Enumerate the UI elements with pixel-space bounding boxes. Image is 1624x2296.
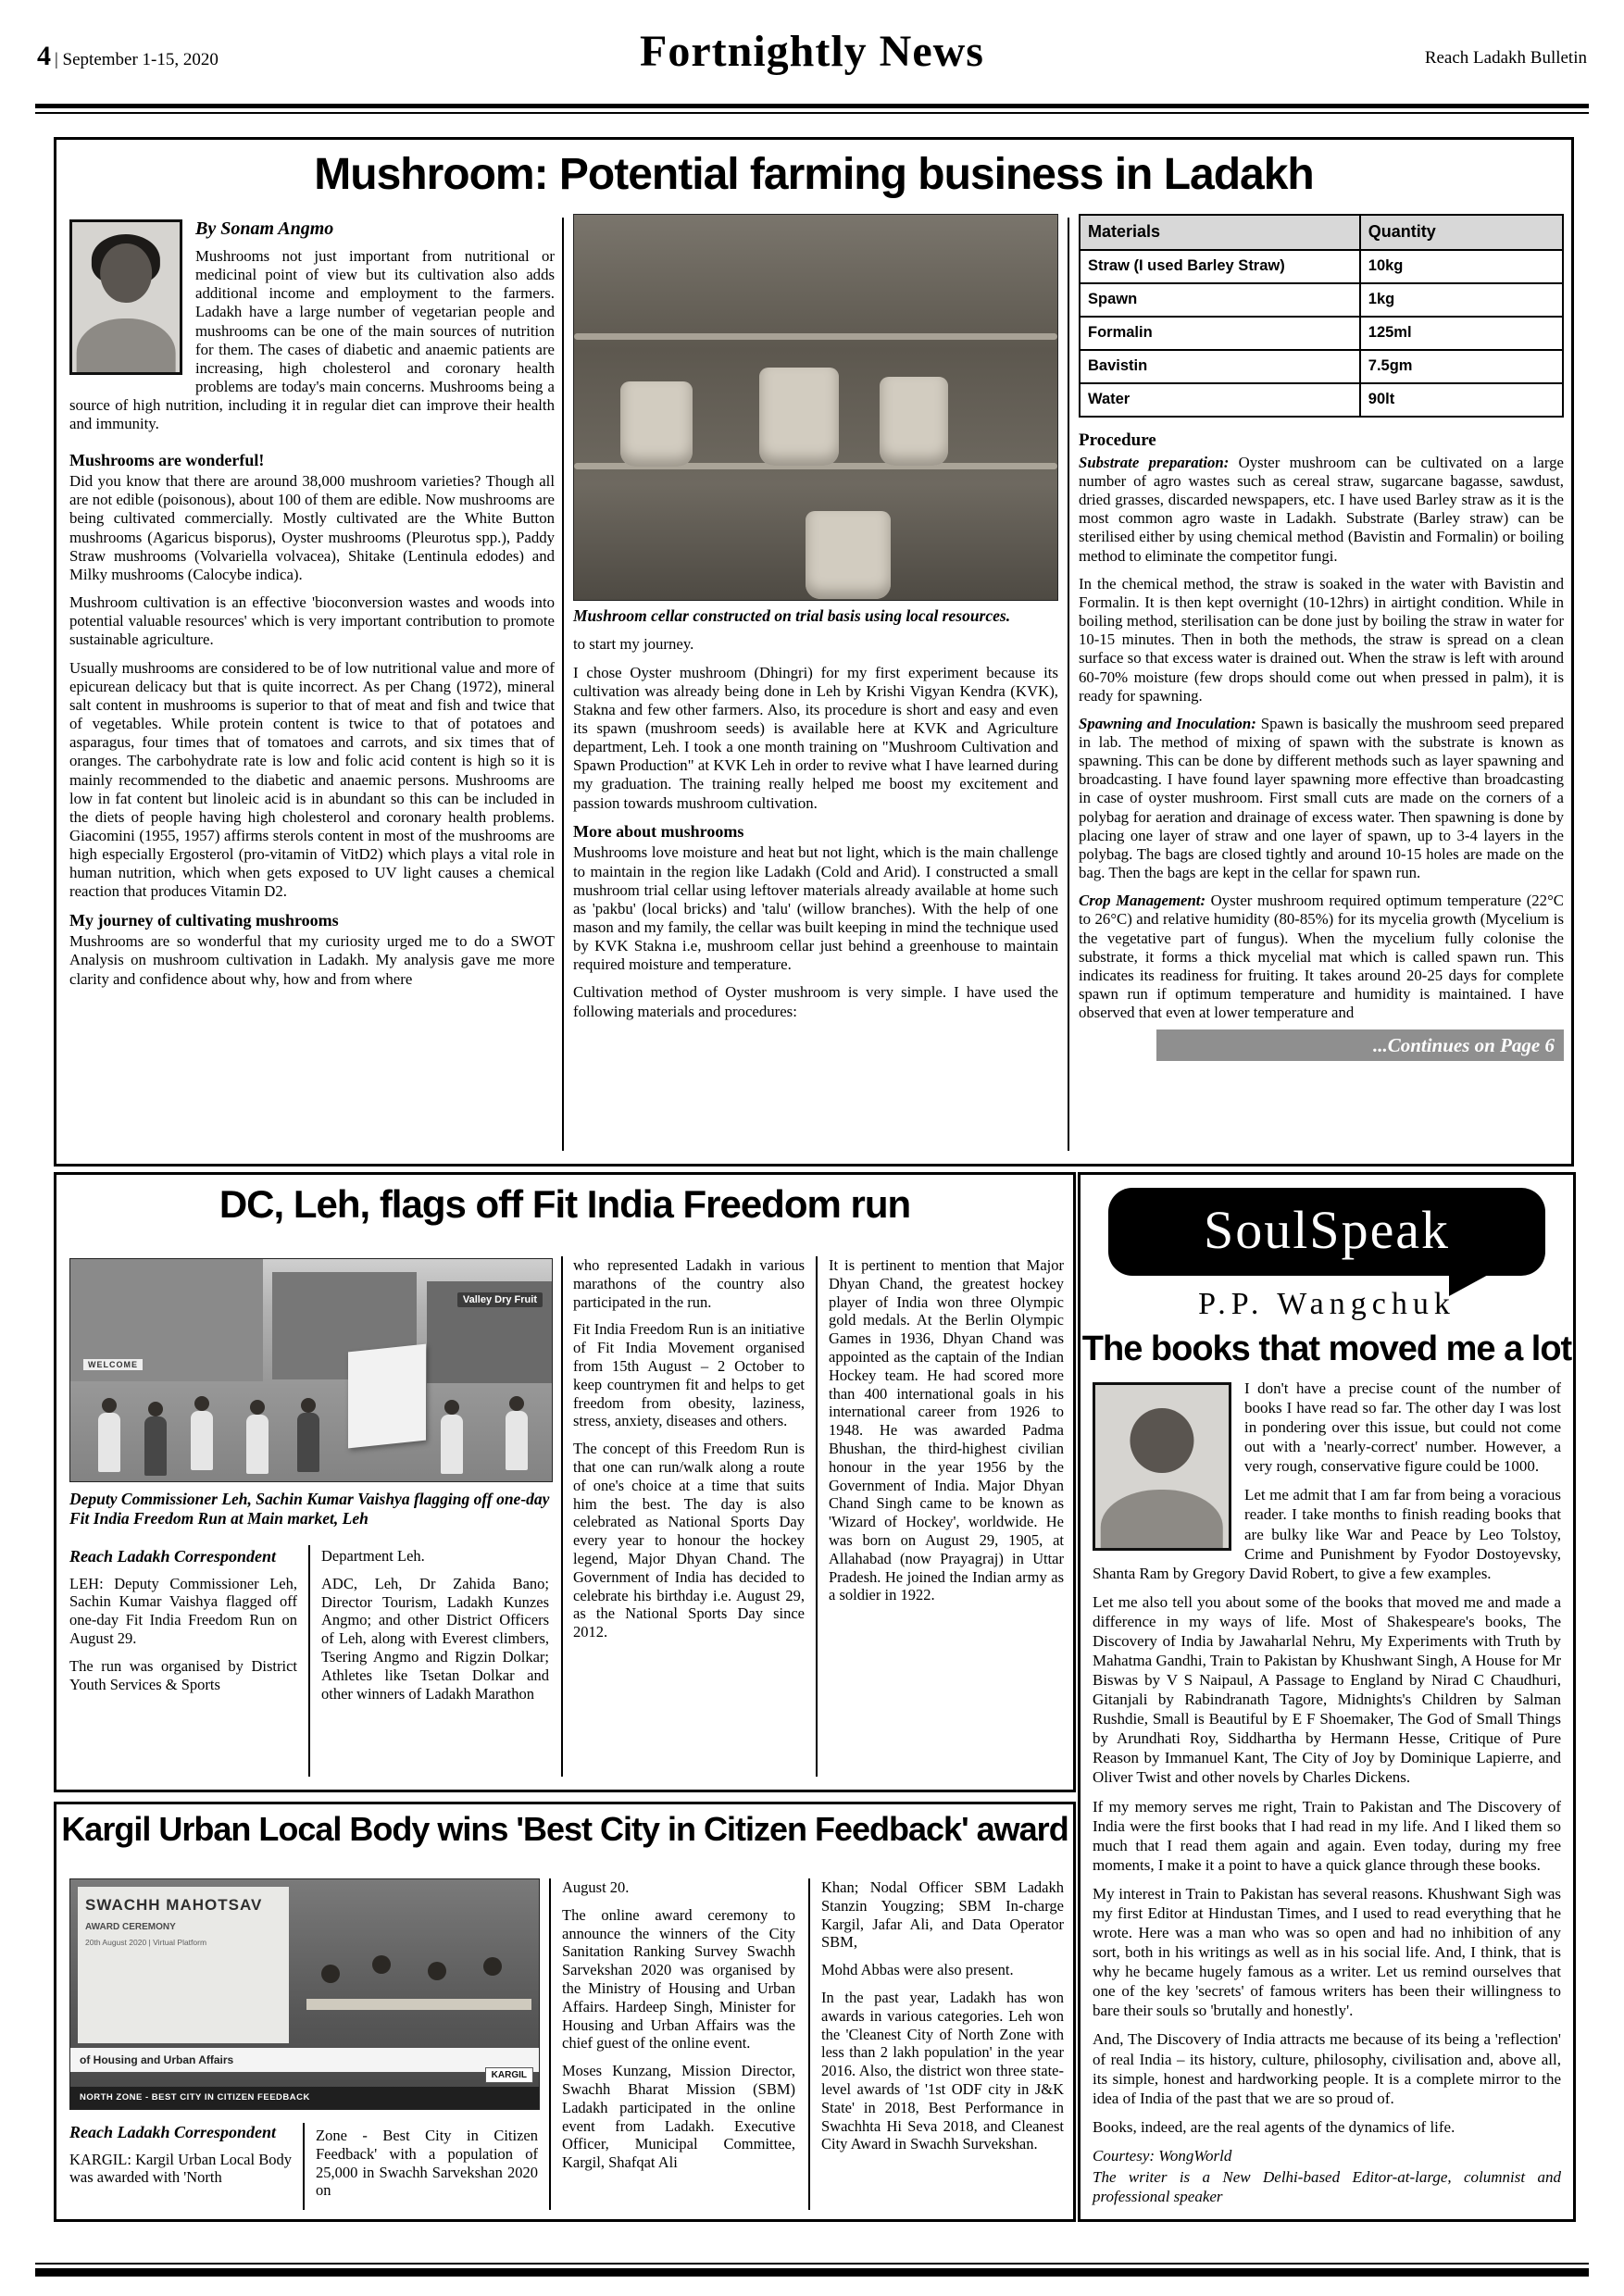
fitindia-column-1: Reach Ladakh Correspondent LEH: Deputy C… [69, 1547, 297, 1703]
kargil-photo: SWACHH MAHOTSAV AWARD CEREMONY 20th Augu… [69, 1878, 540, 2110]
paragraph: to start my journey. [573, 635, 1058, 654]
photo-band-dark: NORTH ZONE - BEST CITY IN CITIZEN FEEDBA… [70, 2087, 539, 2109]
paragraph: August 20. [562, 1878, 795, 1897]
speech-bubble-tail [1449, 1274, 1490, 1296]
courtesy-line: Courtesy: WongWorld [1093, 2146, 1561, 2165]
paragraph-lead: Substrate preparation: [1079, 454, 1229, 471]
table-row: Bavistin 7.5gm [1080, 350, 1563, 383]
paragraph: ADC, Leh, Dr Zahida Bano; Director Touri… [321, 1575, 549, 1703]
kargil-column-3: August 20. The online award ceremony to … [562, 1878, 795, 2181]
table-cell: Water [1080, 383, 1360, 417]
kargil-column-2: Zone - Best City in Citizen Feedback' wi… [316, 2127, 538, 2209]
pedestrian-figure [144, 1416, 167, 1476]
paragraph: The online award ceremony to announce th… [562, 1906, 795, 2053]
paragraph: Cultivation method of Oyster mushroom is… [573, 983, 1058, 1020]
header-rule-thick [35, 104, 1589, 108]
correspondent-line: Reach Ladakh Correspondent [69, 1547, 297, 1567]
paragraph: Mushrooms are so wonderful that my curio… [69, 932, 555, 988]
paragraph: Books, indeed, are the real agents of th… [1093, 2117, 1561, 2137]
section-heading: More about mushrooms [573, 822, 1058, 842]
column-rule [303, 2123, 305, 2210]
pedestrian-figure [246, 1415, 269, 1474]
table-header-row: Materials Quantity [1080, 215, 1563, 250]
paragraph: Moses Kunzang, Mission Director, Swachh … [562, 2062, 795, 2172]
writer-note: The writer is a New Delhi-based Editor-a… [1093, 2167, 1561, 2206]
correspondent-line: Reach Ladakh Correspondent [69, 2123, 292, 2143]
mushroom-bag [806, 511, 891, 599]
soulspeak-banner-text: SoulSpeak [1204, 1200, 1450, 1260]
soulspeak-section: SoulSpeak P.P. Wangchuk The books that m… [1078, 1172, 1576, 2222]
soulspeak-body: I don't have a precise count of the numb… [1081, 1369, 1573, 2206]
masthead-title: Fortnightly News [0, 26, 1624, 77]
shop-sign: Valley Dry Fruit [457, 1292, 543, 1307]
poster-subtitle: AWARD CEREMONY [85, 1922, 281, 1932]
column-rule [1068, 218, 1069, 1151]
white-flag [348, 1344, 426, 1449]
table-row: Straw (I used Barley Straw) 10kg [1080, 250, 1563, 283]
soulspeak-banner: SoulSpeak [1108, 1188, 1545, 1276]
photo-caption: Mushroom cellar constructed on trial bas… [573, 606, 1058, 626]
table-cell: Formalin [1080, 317, 1360, 350]
paragraph: In the chemical method, the straw is soa… [1079, 575, 1564, 705]
paragraph: Usually mushrooms are considered to be o… [69, 659, 555, 902]
kargil-headline: Kargil Urban Local Body wins 'Best City … [56, 1810, 1073, 1849]
paragraph: Khan; Nodal Officer SBM Ladakh Stanzin Y… [821, 1878, 1064, 1952]
paragraph: The concept of this Freedom Run is that … [573, 1440, 805, 1641]
conference-table [306, 1999, 531, 2010]
paragraph: My interest in Train to Pakistan has sev… [1093, 1884, 1561, 2021]
paragraph-lead: Spawning and Inoculation: [1079, 715, 1256, 732]
soulspeak-title: The books that moved me a lot [1081, 1329, 1573, 1369]
paragraph: Mushroom cultivation is an effective 'bi… [69, 593, 555, 649]
paragraph: Did you know that there are around 38,00… [69, 472, 555, 584]
paragraph: Let me also tell you about some of the b… [1093, 1592, 1561, 1788]
mushroom-cellar-photo [573, 214, 1058, 601]
paragraph: I chose Oyster mushroom (Dhingri) for my… [573, 664, 1058, 813]
mushroom-headline: Mushroom: Potential farming business in … [56, 149, 1571, 200]
paragraph: LEH: Deputy Commissioner Leh, Sachin Kum… [69, 1575, 297, 1648]
section-heading: My journey of cultivating mushrooms [69, 911, 555, 931]
table-cell: Straw (I used Barley Straw) [1080, 250, 1360, 283]
column-rule [549, 1878, 551, 2210]
paragraph: Fit India Freedom Run is an initiative o… [573, 1320, 805, 1430]
paragraph: Mushrooms love moisture and heat but not… [573, 843, 1058, 974]
paragraph: Crop Management: Oyster mushroom require… [1079, 892, 1564, 1022]
paragraph: If my memory serves me right, Train to P… [1093, 1797, 1561, 1875]
section-heading: Procedure [1079, 430, 1564, 452]
materials-table: Materials Quantity Straw (I used Barley … [1079, 214, 1564, 418]
column-rule [308, 1545, 310, 1777]
mushroom-bag [759, 368, 839, 466]
attendee-figure [428, 1962, 446, 1980]
table-cell: 10kg [1360, 250, 1563, 283]
column-rule [562, 218, 564, 1151]
fitindia-column-2: Department Leh. ADC, Leh, Dr Zahida Bano… [321, 1547, 549, 1712]
pedestrian-figure [191, 1411, 213, 1470]
poster-title: SWACHH MAHOTSAV [85, 1896, 281, 1915]
pedestrian-figure [297, 1413, 319, 1472]
attendee-figure [321, 1965, 340, 1983]
pedestrian-figure [441, 1415, 463, 1474]
table-row: Water 90lt [1080, 383, 1563, 417]
fitindia-photo: WELCOME Valley Dry Fruit [69, 1258, 553, 1482]
columnist-photo [1093, 1382, 1231, 1551]
pedestrian-figure [506, 1411, 528, 1470]
kargil-logo: KARGIL [485, 2067, 533, 2083]
article-fitindia: DC, Leh, flags off Fit India Freedom run… [54, 1172, 1076, 1792]
table-cell: Bavistin [1080, 350, 1360, 383]
column-rule [816, 1256, 818, 1777]
paragraph-text: Spawn is basically the mushroom seed pre… [1079, 715, 1564, 881]
table-row: Formalin 125ml [1080, 317, 1563, 350]
bulletin-name: Reach Ladakh Bulletin [1425, 48, 1587, 69]
paragraph-lead: Crop Management: [1079, 892, 1206, 909]
portrait-head [1130, 1408, 1193, 1473]
paragraph: Department Leh. [321, 1547, 549, 1566]
article-mushroom: Mushroom: Potential farming business in … [54, 137, 1574, 1167]
author-photo [69, 219, 182, 375]
paragraph: In the past year, Ladakh has won awards … [821, 1989, 1064, 2153]
table-cell: 90lt [1360, 383, 1563, 417]
mushroom-column-2: Mushroom cellar constructed on trial bas… [573, 214, 1058, 1154]
mushroom-bag [620, 381, 693, 467]
table-cell: 125ml [1360, 317, 1563, 350]
photo-caption: Deputy Commissioner Leh, Sachin Kumar Va… [69, 1490, 553, 1529]
welcome-banner: WELCOME [83, 1359, 143, 1370]
attendee-figure [483, 1957, 502, 1976]
fitindia-column-3: who represented Ladakh in various marath… [573, 1256, 805, 1651]
continues-banner: ...Continues on Page 6 [1156, 1029, 1564, 1061]
paragraph-text: Oyster mushroom required optimum tempera… [1079, 892, 1564, 1021]
paragraph: The run was organised by District Youth … [69, 1657, 297, 1694]
paragraph: And, The Discovery of India attracts me … [1093, 2029, 1561, 2107]
table-cell: 1kg [1360, 283, 1563, 317]
footer-rule-thin [35, 2263, 1589, 2265]
mushroom-column-3: Materials Quantity Straw (I used Barley … [1079, 214, 1564, 1154]
photo-band-light: of Housing and Urban Affairs [70, 2048, 539, 2072]
fitindia-headline: DC, Leh, flags off Fit India Freedom run [56, 1182, 1073, 1227]
portrait-body [1101, 1490, 1223, 1551]
paragraph: KARGIL: Kargil Urban Local Body was awar… [69, 2151, 292, 2188]
mushroom-column-1: By Sonam Angmo Mushrooms not just import… [69, 214, 555, 1154]
poster-date: 20th August 2020 | Virtual Platform [85, 1938, 281, 1947]
paragraph: Mohd Abbas were also present. [821, 1961, 1064, 1979]
table-header-materials: Materials [1080, 215, 1360, 250]
paragraph: who represented Ladakh in various marath… [573, 1256, 805, 1311]
article-kargil: Kargil Urban Local Body wins 'Best City … [54, 1802, 1076, 2222]
shelf-pole [574, 333, 1057, 340]
table-header-quantity: Quantity [1360, 215, 1563, 250]
paragraph: Zone - Best City in Citizen Feedback' wi… [316, 2127, 538, 2200]
footer-rule-thick [35, 2268, 1589, 2277]
paragraph: Spawning and Inoculation: Spawn is basic… [1079, 715, 1564, 882]
paragraph: Substrate preparation: Oyster mushroom c… [1079, 454, 1564, 566]
kargil-column-4: Khan; Nodal Officer SBM Ladakh Stanzin Y… [821, 1878, 1064, 2163]
paragraph: It is pertinent to mention that Major Dh… [829, 1256, 1064, 1604]
table-cell: Spawn [1080, 283, 1360, 317]
portrait-body [77, 318, 176, 375]
column-rule [561, 1256, 563, 1777]
attendee-figure [372, 1955, 391, 1974]
section-heading: Mushrooms are wonderful! [69, 451, 555, 471]
header-rule-thin [35, 112, 1589, 114]
kargil-column-1: Reach Ladakh Correspondent KARGIL: Kargi… [69, 2123, 292, 2196]
swachh-poster: SWACHH MAHOTSAV AWARD CEREMONY 20th Augu… [78, 1887, 289, 2043]
column-rule [808, 1878, 810, 2210]
table-cell: 7.5gm [1360, 350, 1563, 383]
mushroom-bag [880, 377, 948, 466]
table-row: Spawn 1kg [1080, 283, 1563, 317]
portrait-head [100, 243, 152, 304]
pedestrian-figure [98, 1413, 120, 1472]
soulspeak-author: P.P. Wangchuk [1081, 1287, 1573, 1322]
fitindia-column-4: It is pertinent to mention that Major Dh… [829, 1256, 1064, 1614]
